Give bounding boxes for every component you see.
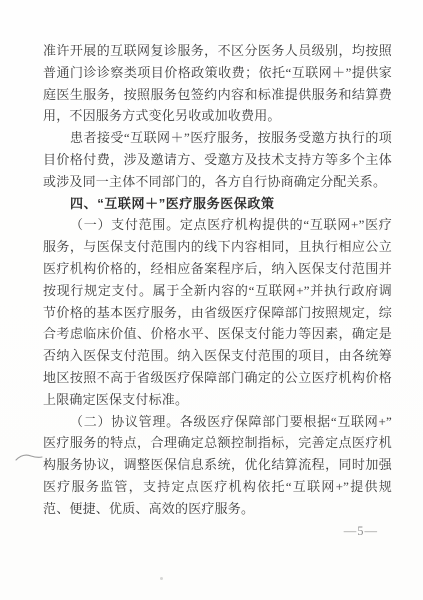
pen-mark-artifact [15,451,43,465]
section-heading-4: 四、“互联网＋”医疗服务医保政策 [43,193,392,215]
paragraph-payment-scope: （一）支付范围。定点医疗机构提供的“互联网+”医疗服务，与医保支付范围内的线下内… [43,214,392,410]
paragraph-agreement-management: （二）协议管理。各级医疗保障部门要根据“互联网+”医疗服务的特点，合理确定总额控… [43,411,392,520]
paragraph-continuation: 准许开展的互联网复诊服务，不区分医务人员级别，均按照普通门诊诊察类项目价格政策收… [43,40,392,127]
document-text-block: 准许开展的互联网复诊服务，不区分医务人员级别，均按照普通门诊诊察类项目价格政策收… [43,40,392,520]
paragraph-patient-payment: 患者接受“互联网＋”医疗服务，按服务受邀方执行的项目价格付费，涉及邀请方、受邀方… [43,127,392,192]
scanned-document-page: 准许开展的互联网复诊服务，不区分医务人员级别，均按照普通门诊诊察类项目价格政策收… [0,0,423,600]
page-number: —5— [344,524,378,539]
scan-speck-artifact [160,577,163,580]
